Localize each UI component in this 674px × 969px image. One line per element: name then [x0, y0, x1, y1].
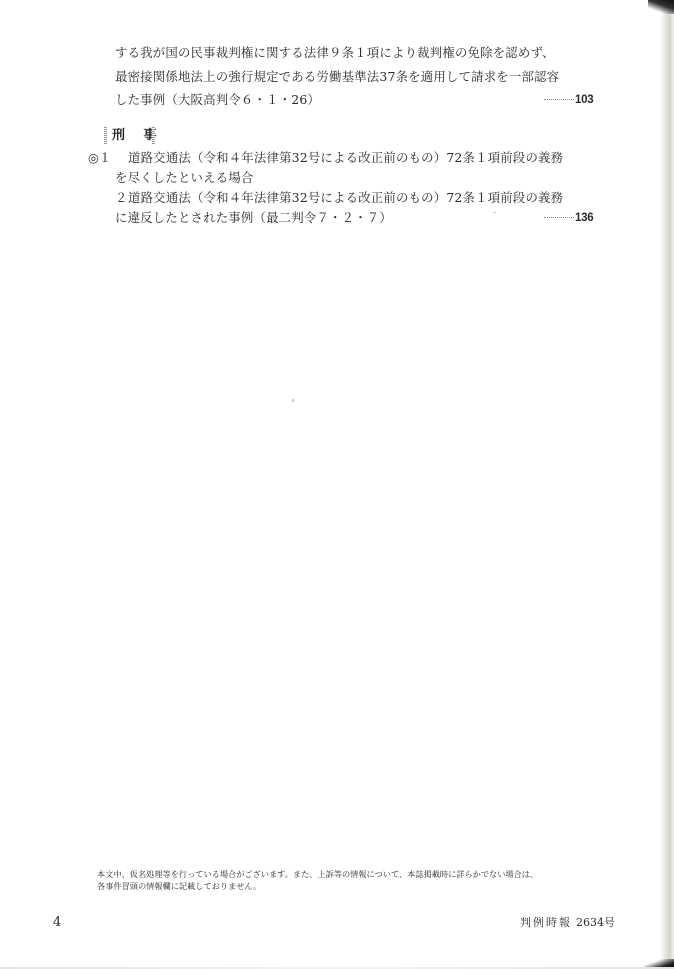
scan-speck: [292, 399, 294, 402]
entry-1-marker: ◎１: [88, 150, 111, 166]
entry-2-marker: ２: [115, 190, 127, 206]
journal-running-footer: 判例時報2634号: [520, 916, 615, 930]
scan-edge-shadow: [660, 0, 674, 969]
criminal-entry-2-line-2: に違反したとされた事例（最二判令７・２・７）: [115, 210, 392, 226]
civil-entry-line-2: 最密接関係地法上の強行規定である労働基準法37条を適用して請求を一部認容: [115, 69, 559, 85]
scan-speck: [493, 212, 496, 213]
criminal-entry-1-line-2: を尽くしたといえる場合: [115, 170, 254, 186]
footnote-line-2: 各事件冒頭の情報欄に記載しておりません。: [97, 881, 261, 892]
document-page: する我が国の民事裁判権に関する法律９条１項により裁判権の免除を認めず、 最密接関…: [0, 0, 674, 969]
criminal-entry-2-page-ref: 136: [544, 211, 593, 225]
page-number-136: 136: [575, 212, 593, 224]
heading-bracket-right: [152, 127, 155, 145]
leader-dots: [544, 216, 574, 218]
journal-name: 判例時報: [520, 916, 572, 929]
civil-entry-page-ref: 103: [544, 93, 593, 107]
page-number-103: 103: [575, 94, 593, 106]
section-heading-criminal: 刑 事: [112, 128, 164, 144]
footnote-line-1: 本文中、仮名処理等を行っている場合がございます。また、上訴等の情報について、本誌…: [97, 869, 538, 880]
criminal-entry-1-line-1: 道路交通法（令和４年法律第32号による改正前のもの）72条１項前段の義務: [128, 150, 563, 166]
journal-issue: 2634号: [576, 916, 615, 929]
scan-corner-top: [648, 0, 674, 14]
civil-entry-line-1: する我が国の民事裁判権に関する法律９条１項により裁判権の免除を認めず、: [115, 45, 555, 61]
folio-page-number: 4: [53, 915, 61, 931]
leader-dots: [544, 98, 574, 100]
heading-bracket-left: [104, 127, 107, 145]
criminal-entry-2-line-1: 道路交通法（令和４年法律第32号による改正前のもの）72条１項前段の義務: [128, 190, 563, 206]
civil-entry-line-3: した事例（大阪高判令６・１・26）: [115, 92, 320, 108]
